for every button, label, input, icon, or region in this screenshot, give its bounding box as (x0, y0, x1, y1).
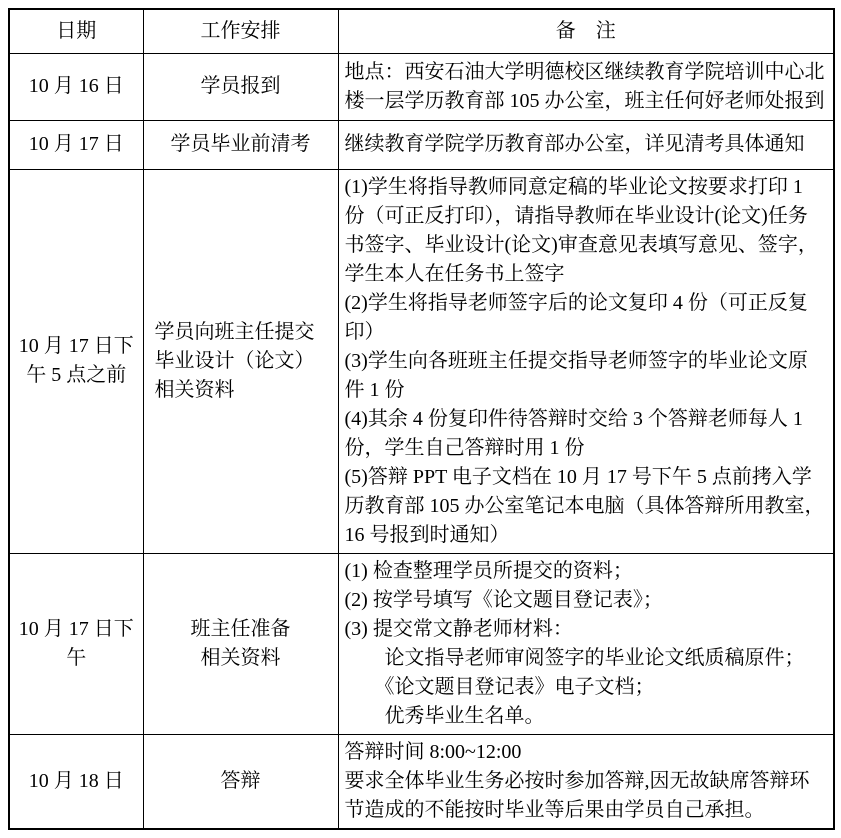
schedule-table: 日期 工作安排 备 注 10 月 16 日 学员报到 地点：西安石油大学明德校区… (8, 8, 835, 830)
task-line: 班主任准备 (148, 615, 334, 644)
notes-cell: 答辩时间 8:00~12:00 要求全体毕业生务必按时参加答辩,因无故缺席答辩环… (338, 734, 834, 829)
notes-line: (3) 提交常文静老师材料： (345, 615, 828, 644)
task-line: 学员报到 (148, 72, 334, 101)
table-row: 10 月 17 日 学员毕业前清考 继续教育学院学历教育部办公室，详见清考具体通… (9, 120, 834, 169)
task-cell: 学员向班主任提交 毕业设计（论文） 相关资料 (143, 169, 338, 553)
notes-cell: (1) 检查整理学员所提交的资料； (2) 按学号填写《论文题目登记表》； (3… (338, 553, 834, 734)
notes-line: (2) 按学号填写《论文题目登记表》； (345, 586, 828, 615)
task-line: 答辩 (148, 767, 334, 796)
task-cell: 班主任准备 相关资料 (143, 553, 338, 734)
date-cell: 10 月 18 日 (9, 734, 143, 829)
date-cell: 10 月 16 日 (9, 53, 143, 120)
notes-line: (1) 检查整理学员所提交的资料； (345, 557, 828, 586)
header-date: 日期 (9, 9, 143, 53)
date-cell: 10 月 17 日下午 5 点之前 (9, 169, 143, 553)
notes-line: 论文指导老师审阅签字的毕业论文纸质稿原件； (345, 644, 828, 673)
task-cell: 答辩 (143, 734, 338, 829)
date-cell: 10 月 17 日下午 (9, 553, 143, 734)
notes-paragraph: (5)答辩 PPT 电子文档在 10 月 17 号下午 5 点前拷入学历教育部 … (345, 463, 828, 550)
header-notes: 备 注 (338, 9, 834, 53)
task-line: 学员向班主任提交 (155, 318, 334, 347)
table-row: 10 月 17 日下午 班主任准备 相关资料 (1) 检查整理学员所提交的资料；… (9, 553, 834, 734)
notes-paragraph: (1)学生将指导教师同意定稿的毕业论文按要求打印 1 份（可正反打印），请指导教… (345, 173, 828, 289)
notes-cell: 地点：西安石油大学明德校区继续教育学院培训中心北楼一层学历教育部 105 办公室… (338, 53, 834, 120)
task-line: 相关资料 (155, 376, 334, 405)
notes-line: 答辩时间 8:00~12:00 (345, 738, 828, 767)
task-cell: 学员毕业前清考 (143, 120, 338, 169)
header-task: 工作安排 (143, 9, 338, 53)
date-cell: 10 月 17 日 (9, 120, 143, 169)
task-line: 学员毕业前清考 (148, 130, 334, 159)
notes-line: 《论文题目登记表》电子文档； (345, 673, 828, 702)
table-row: 10 月 16 日 学员报到 地点：西安石油大学明德校区继续教育学院培训中心北楼… (9, 53, 834, 120)
notes-cell: (1)学生将指导教师同意定稿的毕业论文按要求打印 1 份（可正反打印），请指导教… (338, 169, 834, 553)
table-row: 10 月 18 日 答辩 答辩时间 8:00~12:00 要求全体毕业生务必按时… (9, 734, 834, 829)
task-line: 毕业设计（论文） (155, 347, 334, 376)
header-row: 日期 工作安排 备 注 (9, 9, 834, 53)
task-line: 相关资料 (148, 644, 334, 673)
notes-paragraph: 继续教育学院学历教育部办公室，详见清考具体通知 (345, 130, 828, 159)
notes-paragraph: 地点：西安石油大学明德校区继续教育学院培训中心北楼一层学历教育部 105 办公室… (345, 58, 828, 116)
table-row: 10 月 17 日下午 5 点之前 学员向班主任提交 毕业设计（论文） 相关资料… (9, 169, 834, 553)
document-page: 日期 工作安排 备 注 10 月 16 日 学员报到 地点：西安石油大学明德校区… (0, 0, 841, 838)
notes-paragraph: (4)其余 4 份复印件待答辩时交给 3 个答辩老师每人 1 份，学生自己答辩时… (345, 405, 828, 463)
notes-paragraph: (2)学生将指导老师签字后的论文复印 4 份（可正反复印） (345, 289, 828, 347)
task-cell: 学员报到 (143, 53, 338, 120)
notes-cell: 继续教育学院学历教育部办公室，详见清考具体通知 (338, 120, 834, 169)
notes-line: 优秀毕业生名单。 (345, 702, 828, 731)
notes-paragraph: (3)学生向各班班主任提交指导老师签字的毕业论文原件 1 份 (345, 347, 828, 405)
notes-paragraph: 要求全体毕业生务必按时参加答辩,因无故缺席答辩环节造成的不能按时毕业等后果由学员… (345, 767, 828, 825)
